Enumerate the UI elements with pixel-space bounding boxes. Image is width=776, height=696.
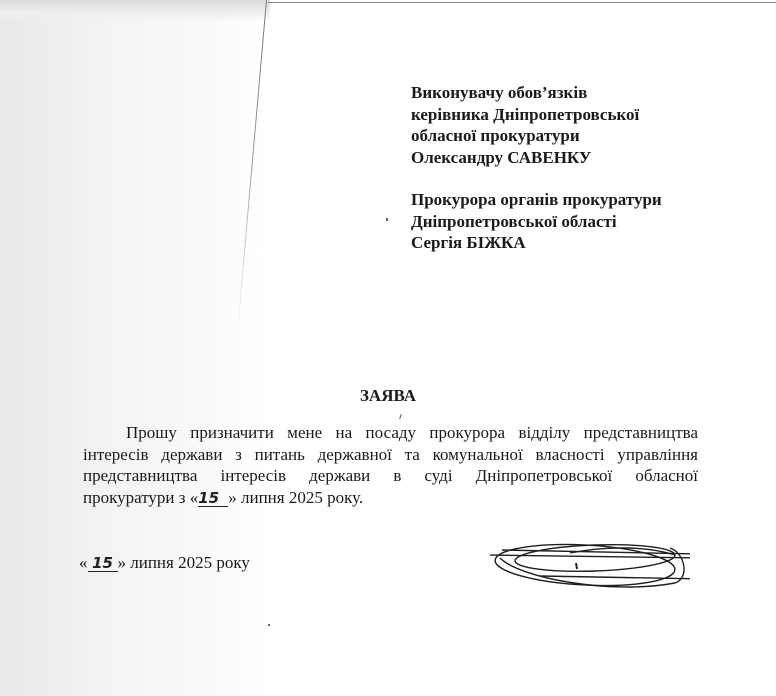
sender-name: Сергія БІЖКА: [411, 232, 662, 254]
addressee-block: Виконувачу обов’язків керівника Дніпропе…: [411, 82, 662, 254]
paper-top-edge: [268, 2, 776, 3]
signature-date: «15» липня 2025 року: [79, 553, 250, 573]
body-line: Прошу призначити мене на посаду прокурор…: [83, 422, 698, 444]
scan-speck: [386, 218, 388, 221]
document-title: ЗАЯВА: [0, 386, 776, 406]
handwritten-day: 15: [88, 555, 118, 572]
body-text-suffix: » липня 2025 року.: [228, 488, 363, 507]
recipient-line: керівника Дніпропетровської: [411, 104, 662, 126]
handwritten-day: 15: [198, 490, 228, 507]
signature-icon: [490, 533, 690, 603]
body-text-prefix: прокуратури з «: [83, 488, 198, 507]
date-text: » липня 2025 року: [118, 553, 250, 572]
body-line: представництва інтересів держави в суді …: [83, 465, 698, 487]
recipient-line: обласної прокуратури: [411, 125, 662, 147]
recipient-name: Олександру САВЕНКУ: [411, 147, 662, 169]
recipient-line: Виконувачу обов’язків: [411, 82, 662, 104]
paper-fold-shadow: [0, 0, 265, 696]
scan-speck: [268, 624, 270, 626]
body-line: інтересів держави з питань державної та …: [83, 444, 698, 466]
spacer: [411, 168, 662, 189]
scan-mark: [399, 414, 402, 419]
body-line: прокуратури з «15» липня 2025 року.: [83, 487, 698, 509]
sender-line: Дніпропетровської області: [411, 211, 662, 233]
date-open-quote: «: [79, 553, 88, 572]
paper-top-shadow: [0, 0, 270, 22]
document-body: Прошу призначити мене на посаду прокурор…: [83, 422, 698, 509]
sender-line: Прокурора органів прокуратури: [411, 189, 662, 211]
